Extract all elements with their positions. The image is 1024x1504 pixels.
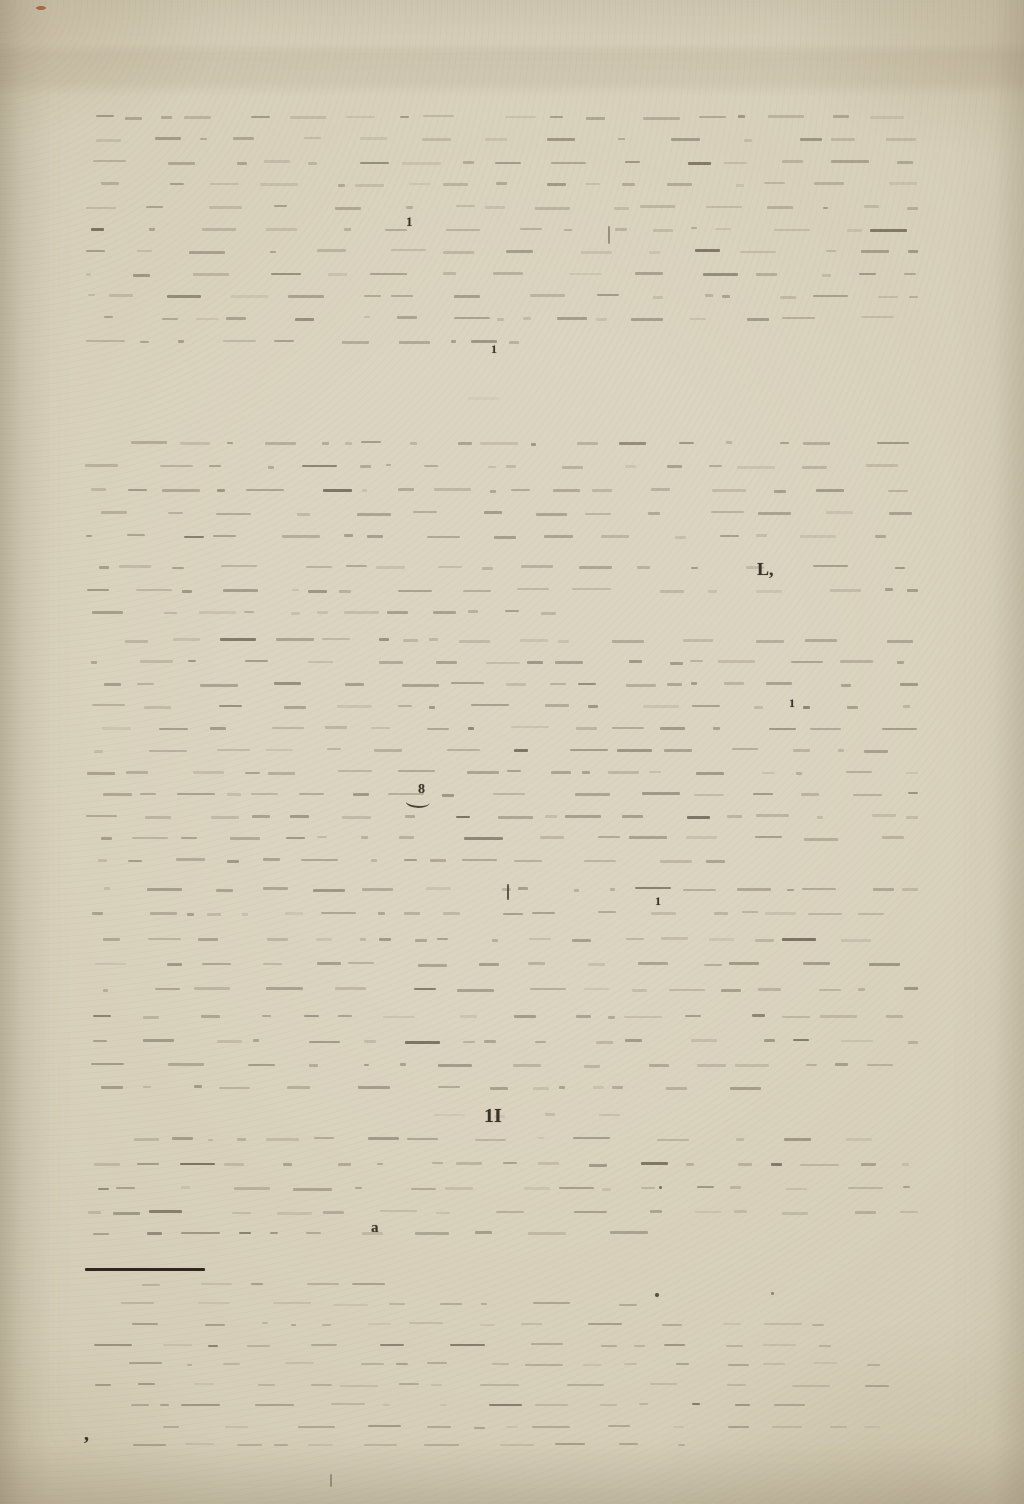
text-trace-dash: [902, 1163, 910, 1166]
text-trace-dash: [771, 1163, 782, 1166]
text-trace-dash: [903, 1186, 910, 1188]
text-trace-dash: [518, 887, 527, 890]
text-trace-dash: [867, 1364, 880, 1366]
text-trace-line: [85, 1232, 705, 1237]
text-trace-dash: [440, 1404, 447, 1406]
text-trace-dash: [547, 183, 566, 186]
text-trace-dash: [103, 989, 108, 992]
text-trace-dash: [622, 815, 643, 818]
text-trace-dash: [260, 183, 298, 186]
text-trace-dash: [127, 534, 145, 536]
text-trace-dash: [625, 465, 636, 468]
text-trace-dash: [140, 341, 149, 343]
text-trace-dash: [418, 964, 447, 967]
text-trace-dash: [91, 661, 97, 664]
text-trace-dash: [295, 318, 314, 321]
text-trace-dash: [379, 638, 389, 641]
text-trace-dash: [586, 117, 605, 120]
text-trace-dash: [358, 1086, 390, 1089]
text-trace-dash: [361, 836, 368, 839]
text-trace-dash: [242, 913, 247, 916]
text-trace-dash: [637, 566, 650, 569]
text-trace-dash: [589, 1164, 607, 1167]
text-trace-dash: [667, 183, 692, 186]
text-trace-dash: [806, 1064, 817, 1066]
text-trace-dash: [457, 989, 494, 992]
text-trace-dash: [612, 727, 644, 729]
text-trace-dash: [230, 837, 260, 840]
text-trace-dash: [443, 912, 460, 915]
text-trace-dash: [405, 815, 415, 818]
text-trace-dash: [638, 962, 668, 965]
text-trace-dash: [411, 1188, 436, 1190]
text-trace-dash: [511, 726, 549, 728]
text-trace-dash: [865, 1385, 889, 1387]
text-trace-dash: [819, 1345, 831, 1347]
text-trace-dash: [676, 1363, 688, 1365]
text-trace-dash: [340, 1385, 377, 1387]
text-trace-dash: [407, 1138, 439, 1140]
text-trace-dash: [584, 988, 609, 990]
text-trace-dash: [423, 115, 454, 117]
text-trace-dash: [756, 640, 784, 643]
text-trace-dash: [758, 512, 791, 515]
text-trace-line: [85, 859, 725, 864]
text-trace-dash: [302, 465, 337, 467]
text-trace-dash: [747, 318, 769, 321]
text-trace-dash: [309, 1064, 318, 1067]
text-trace-dash: [456, 816, 470, 818]
text-trace-dash: [252, 815, 270, 818]
text-trace-dash: [178, 340, 184, 343]
text-trace-dash: [768, 115, 804, 118]
text-trace-dash: [578, 683, 596, 685]
text-trace-dash: [189, 251, 225, 254]
text-trace-dash: [202, 228, 236, 231]
text-trace-dash: [374, 749, 402, 752]
text-trace-dash: [679, 442, 694, 444]
text-trace-dash: [495, 162, 521, 164]
text-trace-dash: [727, 1384, 746, 1386]
text-trace-dash: [360, 938, 366, 941]
text-trace-dash: [387, 611, 408, 614]
text-trace-dash: [859, 273, 876, 275]
text-trace-dash: [86, 273, 91, 276]
text-trace-dash: [618, 138, 625, 140]
text-trace-dash: [847, 229, 863, 232]
text-trace-dash: [864, 205, 879, 208]
text-trace-dash: [864, 1426, 880, 1428]
text-trace-dash: [639, 1403, 648, 1405]
text-trace-dash: [101, 511, 127, 514]
text-trace-dash: [285, 912, 304, 915]
text-trace-dash: [660, 727, 685, 730]
text-trace-line: [85, 138, 918, 143]
text-trace-dash: [703, 273, 738, 276]
text-trace-dash: [168, 512, 183, 514]
text-trace-dash: [723, 1323, 740, 1325]
text-trace-dash: [456, 205, 475, 207]
text-trace-dash: [270, 1232, 278, 1234]
text-trace-dash: [86, 535, 92, 537]
text-trace-dash: [691, 567, 698, 569]
text-trace-dash: [734, 1210, 748, 1213]
text-trace-dash: [651, 488, 670, 491]
text-trace-dash: [170, 183, 184, 185]
text-trace-dash: [576, 727, 597, 730]
text-trace-dash: [641, 1187, 655, 1189]
text-trace-line: [85, 683, 918, 688]
text-trace-dash: [94, 750, 103, 753]
text-trace-dash: [424, 1444, 459, 1446]
text-trace-line: [85, 749, 918, 754]
text-trace-dash: [362, 888, 393, 891]
text-trace-dash: [368, 1323, 391, 1325]
text-trace-dash: [232, 1212, 251, 1214]
text-trace-dash: [521, 565, 553, 568]
text-trace-dash: [728, 1426, 749, 1428]
text-trace-dash: [841, 1040, 874, 1042]
text-trace-line: [85, 771, 918, 776]
text-trace-dash: [98, 1188, 109, 1190]
text-trace-dash: [712, 489, 746, 492]
text-trace-dash: [833, 115, 849, 118]
text-trace-dash: [266, 749, 293, 751]
text-trace-dash: [500, 1444, 534, 1446]
text-trace-dash: [293, 1188, 332, 1191]
text-trace-dash: [490, 490, 496, 493]
text-trace-dash: [182, 590, 191, 593]
text-trace-dash: [484, 511, 502, 514]
text-trace-dash: [199, 611, 237, 614]
text-trace-dash: [137, 683, 154, 685]
text-trace-dash: [262, 1015, 272, 1017]
text-trace-dash: [846, 771, 872, 773]
text-trace-line: [120, 1363, 880, 1368]
text-trace-dash: [263, 858, 280, 861]
text-trace-dash: [290, 116, 326, 119]
text-trace-dash: [87, 772, 115, 775]
text-trace-dash: [686, 1163, 694, 1166]
text-trace-dash: [819, 989, 841, 991]
text-trace-line: [85, 611, 605, 616]
text-trace-dash: [864, 750, 888, 753]
text-trace-dash: [784, 1138, 811, 1141]
text-trace-dash: [459, 640, 491, 643]
text-trace-dash: [897, 661, 905, 664]
text-trace-dash: [266, 228, 297, 231]
text-trace-dash: [736, 1138, 744, 1141]
text-trace-dash: [429, 706, 435, 709]
text-trace-dash: [585, 183, 600, 185]
text-trace-dash: [306, 1232, 321, 1234]
text-trace-dash: [180, 442, 211, 445]
text-trace-dash: [527, 661, 543, 664]
text-trace-dash: [93, 1040, 107, 1042]
text-trace-dash: [660, 590, 683, 593]
text-trace-dash: [816, 489, 844, 492]
text-trace-dash: [572, 939, 591, 942]
text-trace-dash: [752, 1014, 765, 1017]
text-trace-dash: [755, 939, 774, 942]
text-trace-dash: [364, 316, 370, 318]
text-trace-dash: [159, 728, 188, 730]
text-trace-dash: [540, 836, 564, 839]
text-trace-dash: [297, 513, 310, 516]
text-trace-line: [85, 183, 918, 188]
text-trace-dash: [521, 1323, 542, 1325]
ink-hairline: [608, 226, 610, 244]
text-trace-dash: [414, 988, 436, 990]
footnote-separator-rule: [85, 1268, 205, 1271]
text-trace-dash: [193, 771, 224, 774]
text-trace-dash: [738, 1163, 753, 1166]
text-trace-dash: [173, 638, 200, 641]
text-trace-dash: [482, 567, 493, 570]
text-trace-dash: [225, 1426, 248, 1428]
text-trace-dash: [398, 770, 436, 772]
text-trace-dash: [270, 251, 276, 253]
text-trace-dash: [288, 295, 323, 298]
text-trace-dash: [226, 317, 245, 320]
text-trace-dash: [198, 938, 218, 941]
text-trace-dash: [460, 1015, 477, 1018]
text-trace-dash: [691, 227, 697, 229]
text-trace-dash: [134, 1138, 158, 1141]
text-trace-dash: [227, 860, 240, 863]
text-trace-dash: [287, 1086, 311, 1089]
text-trace-dash: [438, 566, 463, 568]
text-trace-dash: [364, 1040, 376, 1043]
text-trace-line: [85, 589, 918, 594]
text-trace-dash: [143, 1016, 159, 1019]
text-trace-dash: [774, 1404, 805, 1406]
text-trace-dash: [599, 1114, 620, 1116]
text-trace-dash: [813, 295, 849, 297]
text-trace-dash: [882, 836, 904, 839]
text-trace-dash: [813, 565, 848, 567]
text-trace-dash: [803, 962, 830, 965]
text-trace-dash: [291, 1324, 296, 1326]
text-trace-dash: [273, 1302, 311, 1304]
text-trace-dash: [400, 1063, 406, 1066]
text-trace-dash: [149, 750, 187, 752]
text-trace-dash: [144, 706, 171, 709]
text-trace-line: [85, 988, 918, 993]
text-trace-dash: [690, 318, 706, 320]
text-trace-line: [85, 727, 918, 732]
apostrophe-mark: ’: [83, 1434, 90, 1454]
text-trace-dash: [696, 772, 724, 775]
text-trace-dash: [201, 1283, 232, 1285]
text-trace-dash: [370, 273, 407, 275]
text-trace-dash: [514, 860, 542, 862]
text-trace-dash: [479, 963, 498, 966]
text-trace-dash: [614, 207, 629, 210]
text-trace-dash: [325, 726, 347, 729]
text-trace-dash: [353, 793, 370, 796]
text-trace-dash: [887, 640, 913, 643]
text-trace-dash: [201, 1015, 220, 1018]
text-trace-dash: [902, 888, 918, 891]
text-trace-dash: [155, 137, 181, 140]
text-trace-dash: [424, 465, 438, 467]
text-trace-dash: [451, 340, 456, 343]
text-trace-dash: [532, 1426, 570, 1428]
text-trace-dash: [753, 793, 773, 795]
text-trace-dash: [360, 465, 371, 468]
text-trace-dash: [136, 589, 173, 591]
text-trace-dash: [653, 229, 673, 232]
text-trace-dash: [210, 183, 239, 185]
text-trace-dash: [345, 442, 352, 445]
text-trace-dash: [194, 987, 231, 990]
text-trace-dash: [357, 513, 391, 516]
text-trace-dash: [803, 442, 830, 445]
text-trace-line: [450, 397, 535, 402]
text-trace-dash: [368, 1425, 401, 1427]
text-trace-dash: [787, 889, 793, 891]
text-trace-dash: [675, 536, 686, 539]
text-trace-dash: [167, 295, 201, 298]
text-trace-dash: [907, 589, 918, 592]
text-trace-dash: [651, 912, 677, 915]
text-trace-dash: [376, 566, 405, 569]
text-trace-dash: [200, 138, 207, 140]
text-trace-dash: [575, 793, 610, 796]
text-trace-dash: [396, 1363, 408, 1365]
text-trace-line: [85, 963, 918, 968]
text-trace-dash: [847, 706, 858, 709]
text-trace-dash: [458, 442, 472, 445]
text-trace-dash: [612, 640, 644, 643]
text-trace-dash: [282, 535, 320, 538]
text-trace-dash: [492, 939, 498, 942]
text-trace-dash: [307, 1283, 339, 1285]
text-trace-dash: [780, 442, 789, 444]
text-trace-dash: [908, 792, 918, 794]
text-trace-dash: [615, 228, 627, 231]
text-trace-line: [85, 1040, 918, 1045]
text-trace-dash: [430, 859, 447, 862]
text-trace-dash: [274, 205, 287, 207]
text-trace-dash: [464, 837, 503, 840]
text-trace-dash: [782, 160, 803, 163]
text-trace-line: [85, 793, 918, 798]
text-trace-dash: [629, 836, 667, 839]
text-trace-dash: [550, 116, 563, 118]
text-trace-dash: [598, 911, 616, 913]
text-trace-dash: [234, 1187, 270, 1190]
text-trace-dash: [404, 912, 420, 915]
text-trace-dash: [328, 273, 347, 276]
footnote-marker-1: 1: [406, 215, 413, 228]
text-trace-dash: [126, 771, 148, 774]
text-trace-dash: [227, 793, 241, 796]
text-trace-dash: [831, 138, 855, 141]
text-trace-dash: [284, 706, 306, 709]
text-trace-dash: [763, 1344, 796, 1346]
text-trace-dash: [514, 749, 529, 752]
text-trace-dash: [263, 887, 288, 890]
text-trace-dash: [588, 1323, 622, 1325]
text-trace-dash: [438, 1064, 471, 1067]
text-trace-dash: [709, 938, 734, 941]
text-trace-dash: [565, 815, 601, 818]
text-trace-dash: [140, 793, 157, 795]
text-trace-dash: [125, 117, 142, 120]
text-trace-dash: [908, 250, 918, 253]
text-trace-dash: [796, 772, 803, 775]
text-trace-dash: [524, 1187, 550, 1190]
ink-hairline: [330, 1474, 332, 1487]
text-trace-dash: [410, 442, 417, 445]
text-trace-dash: [861, 316, 894, 318]
text-trace-dash: [308, 590, 327, 593]
text-trace-dash: [132, 837, 168, 839]
text-trace-dash: [355, 1187, 362, 1189]
text-trace-dash: [480, 1384, 519, 1386]
text-trace-dash: [493, 793, 524, 795]
text-trace-dash: [202, 963, 231, 965]
text-trace-dash: [713, 727, 720, 730]
text-trace-dash: [180, 1163, 214, 1165]
text-trace-dash: [653, 296, 664, 299]
text-trace-dash: [142, 1284, 160, 1286]
text-trace-dash: [352, 1283, 385, 1285]
text-trace-dash: [463, 161, 474, 164]
text-trace-dash: [635, 887, 670, 889]
text-trace-dash: [762, 772, 774, 774]
text-trace-dash: [383, 1016, 415, 1018]
text-trace-dash: [338, 1163, 351, 1166]
text-trace-line: [85, 1187, 918, 1192]
text-trace-dash: [233, 137, 255, 140]
text-trace-dash: [255, 1404, 294, 1406]
text-trace-dash: [172, 567, 184, 569]
text-trace-dash: [380, 1344, 404, 1346]
text-trace-dash: [810, 728, 842, 730]
text-trace-dash: [692, 705, 720, 707]
text-trace-dash: [728, 1364, 749, 1366]
text-trace-dash: [814, 182, 844, 185]
text-trace-dash: [271, 273, 301, 275]
text-trace-dash: [429, 638, 438, 641]
text-trace-dash: [650, 1210, 663, 1213]
section-numeral-II: 1I: [484, 1106, 502, 1126]
text-trace-dash: [265, 442, 296, 445]
text-trace-dash: [217, 749, 251, 751]
text-trace-dash: [399, 341, 429, 344]
text-trace-dash: [132, 1323, 159, 1325]
text-trace-dash: [559, 1187, 594, 1189]
text-trace-dash: [822, 274, 831, 277]
text-trace-dash: [867, 1064, 894, 1066]
text-trace-dash: [219, 1087, 250, 1089]
text-trace-dash: [791, 661, 823, 663]
text-trace-dash: [335, 207, 361, 210]
text-trace-dash: [445, 1187, 473, 1190]
text-trace-dash: [426, 887, 451, 890]
text-trace-dash: [756, 814, 789, 817]
text-trace-dash: [200, 684, 238, 687]
text-trace-dash: [86, 250, 105, 252]
text-trace-dash: [532, 912, 555, 914]
text-trace-dash: [793, 1039, 809, 1041]
text-trace-dash: [103, 793, 131, 796]
text-trace-dash: [227, 442, 233, 444]
text-trace-dash: [826, 511, 853, 514]
